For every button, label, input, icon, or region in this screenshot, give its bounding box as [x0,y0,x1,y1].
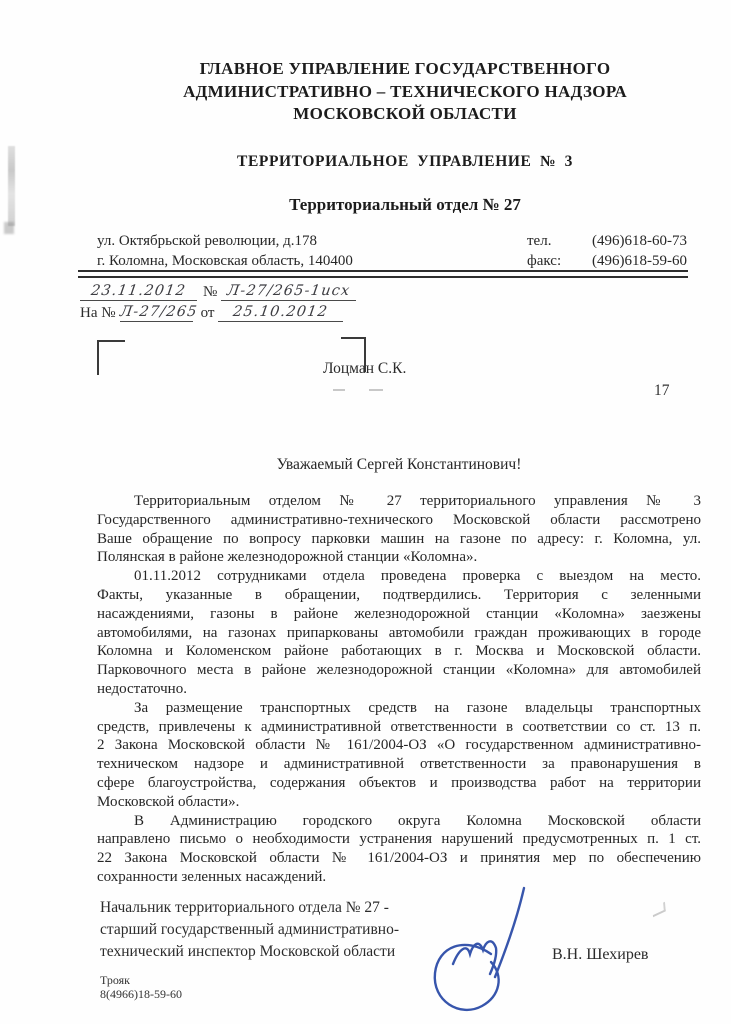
from-date-label: от [201,305,215,322]
outgoing-row: 23.11.2012 № Л-27/265-1исх [80,280,356,301]
body-line: За размещение транспортных средств на га… [97,699,701,718]
salutation: Уважаемый Сергей Константинович! [97,456,701,474]
page-number: 17 [654,382,670,400]
sender-phone-fax: тел. (496)618-60-73 факс: (496)618-59-60 [527,231,687,271]
body-line: средств, привлечены к административной о… [97,718,701,737]
scan-smudge [8,146,15,226]
body-line: 01.11.2012 сотрудниками отдела проведена… [97,567,701,586]
signatory-position-line1: Начальник территориального отдела № 27 - [100,897,430,919]
body-line: сфере благоустройства, содержания объект… [97,774,701,793]
outgoing-date-handwritten: 23.11.2012 [90,283,187,299]
org-name: ГЛАВНОЕ УПРАВЛЕНИЕ ГОСУДАРСТВЕННОГО АДМИ… [80,58,730,126]
executor-footer: Трояк 8(4966)18-59-60 [100,974,182,1001]
letterhead-divider [78,270,688,278]
outgoing-number-field: Л-27/265-1исх [221,283,356,301]
fax-row: факс: (496)618-59-60 [527,251,687,271]
territorial-department-title: Территориальный отдел № 27 [80,195,730,215]
body-line: автомобилями, на газонах припаркованы ав… [97,624,701,643]
signatory-position: Начальник территориального отдела № 27 -… [100,897,430,963]
outgoing-number-handwritten: Л-27/265-1исх [226,283,352,299]
executor-phone: 8(4966)18-59-60 [100,988,182,1002]
body-line: Государственного административно-техниче… [97,511,701,530]
body-line: Коломна и Коломенском районе работающих … [97,642,701,661]
phone-label: тел. [527,231,551,251]
body-line: Полянская в районе железнодорожной станц… [97,548,701,567]
reply-row: На № Л-27/265 от 25.10.2012 [80,301,356,322]
reply-date-handwritten: 25.10.2012 [232,304,329,320]
body-line: В Администрацию городского округа Коломн… [97,812,701,831]
address-line1: ул. Октябрьской революции, д.178 [97,231,353,251]
body-line: Факты, указанные в обращении, подтвердил… [97,586,701,605]
executor-name: Трояк [100,974,182,988]
body-line: насаждениями, газоны в районе железнодор… [97,605,701,624]
reply-number-field: Л-27/265 [120,304,193,322]
body-line: 2 Закона Московской области № 161/2004-О… [97,736,701,755]
faint-mark [369,389,383,391]
letter-body: Территориальным отделом № 27 территориал… [97,492,701,887]
body-line: Ваше обращение по вопросу парковки машин… [97,530,701,549]
requisites-block: 23.11.2012 № Л-27/265-1исх На № Л-27/265… [80,280,356,322]
fax-label: факс: [527,251,561,271]
faint-pencil-mark [652,902,666,917]
sender-address: ул. Октябрьской революции, д.178 г. Коло… [97,231,353,271]
signature-icon [425,884,555,1022]
phone-row: тел. (496)618-60-73 [527,231,687,251]
body-line: техническом надзоре и административной о… [97,755,701,774]
org-name-line1: ГЛАВНОЕ УПРАВЛЕНИЕ ГОСУДАРСТВЕННОГО [80,58,730,81]
phone-value: (496)618-60-73 [592,231,687,251]
body-line: сохранности зеленных насаждений. [97,868,701,887]
addressee-corner-mark-left [97,340,125,375]
scanned-letter-page: ГЛАВНОЕ УПРАВЛЕНИЕ ГОСУДАРСТВЕННОГО АДМИ… [0,0,731,1024]
outgoing-date-field: 23.11.2012 [80,283,197,301]
org-name-line2: АДМИНИСТРАТИВНО – ТЕХНИЧЕСКОГО НАДЗОРА [80,81,730,104]
reply-to-label: На № [80,305,116,322]
address-line2: г. Коломна, Московская область, 140400 [97,251,353,271]
territorial-directorate-title: ТЕРРИТОРИАЛЬНОЕ УПРАВЛЕНИЕ № 3 [80,153,730,171]
body-line: Московской области». [97,793,701,812]
signatory-position-line2: старший государственный административно- [100,919,430,941]
number-sign-label: № [203,284,217,301]
scan-smudge-small [4,222,14,234]
fax-value: (496)618-59-60 [592,251,687,271]
body-line: Парковочного места в районе железнодорож… [97,661,701,680]
body-line: Территориальным отделом № 27 территориал… [97,492,701,511]
faint-mark [333,389,345,391]
signatory-position-line3: технический инспектор Московской области [100,941,430,963]
body-line: недостаточно. [97,680,701,699]
body-line: 22 Закона Московской области № 161/2004-… [97,849,701,868]
reply-date-field: 25.10.2012 [218,304,343,322]
addressee-name: Лоцман С.К. [323,360,406,378]
reply-number-handwritten: Л-27/265 [118,304,198,320]
org-name-line3: МОСКОВСКОЙ ОБЛАСТИ [80,103,730,126]
body-line: направлено письмо о необходимости устран… [97,830,701,849]
signer-name: В.Н. Шехирев [552,946,648,964]
